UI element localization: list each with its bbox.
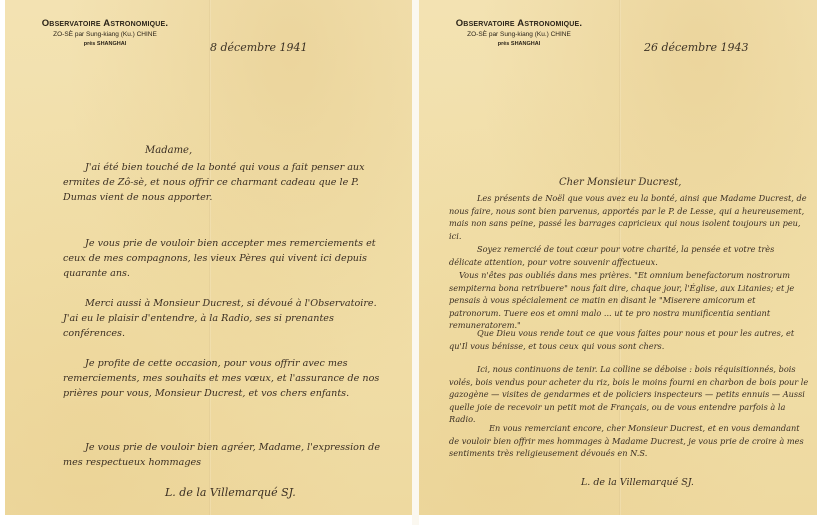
signature: L. de la Villemarqué SJ. [165,485,296,500]
paragraph-2: Soyez remercié de tout cœur pour votre c… [449,243,809,268]
page-gutter [412,0,419,525]
paragraph-1: Les présents de Noël que vous avez eu la… [449,192,809,242]
letterhead-near: près SHANGHAI [30,41,180,47]
letterhead-address: ZO-SÈ par Sung-kiang (Ku.) CHINE [30,31,180,38]
paragraph-6: En vous remerciant encore, cher Monsieur… [449,422,809,460]
letter-1943: Observatoire Astronomique. ZO-SÈ par Sun… [419,0,817,515]
letterhead-near: près SHANGHAI [444,41,594,47]
paragraph-4: Je profite de cette occasion, pour vous … [63,356,383,402]
salutation: Cher Monsieur Ducrest, [559,175,681,190]
signature: L. de la Villemarqué SJ. [581,475,694,490]
letterhead: Observatoire Astronomique. ZO-SÈ par Sun… [30,18,180,47]
paragraph-2: Je vous prie de vouloir bien accepter me… [63,236,383,282]
paragraph-3: Merci aussi à Monsieur Ducrest, si dévou… [63,296,383,342]
salutation: Madame, [145,143,192,158]
letterhead-address: ZO-SÈ par Sung-kiang (Ku.) CHINE [444,31,594,38]
letterhead-title: Observatoire Astronomique. [30,18,180,29]
letter-date: 26 décembre 1943 [644,40,748,55]
paragraph-3: Vous n'êtes pas oubliés dans mes prières… [449,269,809,332]
letter-date: 8 décembre 1941 [210,40,307,55]
paragraph-1: J'ai été bien touché de la bonté qui vou… [63,160,383,206]
paragraph-5: Je vous prie de vouloir bien agréer, Mad… [63,440,383,470]
paragraph-5: Ici, nous continuons de tenir. La collin… [449,363,809,426]
paragraph-4: Que Dieu vous rende tout ce que vous fai… [449,327,809,352]
letter-1941: Observatoire Astronomique. ZO-SÈ par Sun… [5,0,412,515]
letterhead: Observatoire Astronomique. ZO-SÈ par Sun… [444,18,594,47]
letterhead-title: Observatoire Astronomique. [444,18,594,29]
